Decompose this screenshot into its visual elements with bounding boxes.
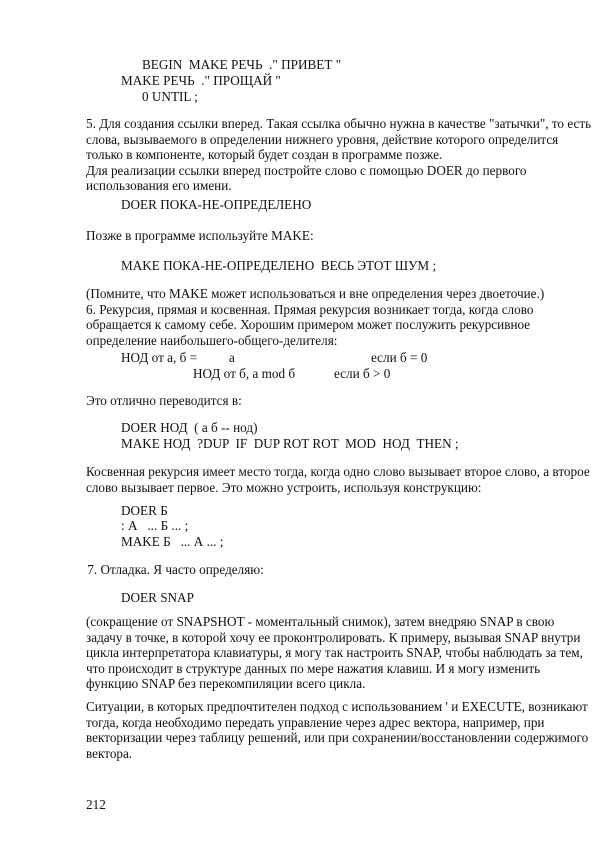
text-line: Косвенная рекурсия имеет место тогда, ко…	[86, 464, 556, 480]
text-line: Ситуации, в которых предпочтителен подхо…	[86, 699, 556, 715]
text-line: (сокращение от SNAPSHOT - моментальный с…	[86, 614, 556, 630]
text-line: 7. Отладка. Я часто определяю:	[84, 562, 264, 577]
code-line: BEGIN MAKE РЕЧЬ ." ПРИВЕТ "	[142, 57, 341, 73]
text-line: слово вызывает первое. Это можно устроит…	[86, 480, 556, 496]
code-line: 0 UNTIL ;	[142, 89, 198, 105]
text-line: что происходит в структуре данных по мер…	[86, 661, 556, 677]
text-line: 5. Для создания ссылки вперед. Такая ссы…	[86, 116, 556, 132]
text-line: Это отлично переводится в:	[86, 393, 242, 408]
text-line: вектора.	[86, 746, 556, 762]
code-line: DOER ПОКА-НЕ-ОПРЕДЕЛЕНО	[121, 197, 311, 213]
paragraph-situations: Ситуации, в которых предпочтителен подхо…	[86, 699, 556, 761]
text-line: задачу в точке, в которой хочу ее прокон…	[86, 630, 556, 646]
code-line: DOER НОД ( а б -- нод)	[121, 420, 257, 436]
text-line: 6. Рекурсия, прямая и косвенная. Прямая …	[86, 302, 556, 318]
code-line: : А ... Б ... ;	[121, 518, 188, 534]
code-line: DOER SNAP	[121, 590, 194, 606]
text-line: только в компоненте, который будет созда…	[86, 147, 556, 163]
paragraph-item-6: (Помните, что MAKE может использоваться …	[86, 286, 556, 348]
formula-case1-value: а	[229, 350, 235, 366]
text-line: слова, вызываемого в определении нижнего…	[86, 132, 556, 148]
paragraph-indirect-recursion: Косвенная рекурсия имеет место тогда, ко…	[86, 464, 556, 495]
code-line: MAKE РЕЧЬ ." ПРОЩАЙ "	[121, 73, 281, 89]
page-number: 212	[86, 797, 106, 812]
text-line: функцию SNAP без перекомпиляции всего ци…	[86, 676, 556, 692]
formula-lhs: НОД от а, б =	[121, 350, 197, 366]
code-line: DOER Б	[121, 503, 168, 519]
text-line: цикла интерпретатора клавиатуры, я могу …	[86, 645, 556, 661]
text-line: векторизации через таблицу решений, или …	[86, 730, 556, 746]
paragraph-snap: (сокращение от SNAPSHOT - моментальный с…	[86, 614, 556, 692]
text-line: использования его имени.	[86, 178, 556, 194]
paragraph-item-5: 5. Для создания ссылки вперед. Такая ссы…	[86, 116, 556, 194]
code-line: MAKE Б ... А ... ;	[121, 534, 223, 550]
text-line: Для реализации ссылки вперед постройте с…	[86, 163, 556, 179]
code-line: MAKE НОД ?DUP IF DUP ROT ROT MOD НОД THE…	[121, 436, 459, 452]
text-line: (Помните, что MAKE может использоваться …	[86, 286, 556, 302]
formula-case2-cond: если б > 0	[334, 366, 390, 382]
formula-case2-value: НОД от б, а mod б	[193, 366, 295, 382]
formula-case1-cond: если б = 0	[371, 350, 427, 366]
text-line: обращается к самому себе. Хорошим пример…	[86, 317, 556, 333]
text-line: тогда, когда необходимо передать управле…	[86, 715, 556, 731]
text-line: Позже в программе используйте MAKE:	[86, 228, 314, 243]
text-line: определение наибольшего-общего-делителя:	[86, 333, 556, 349]
code-line: MAKE ПОКА-НЕ-ОПРЕДЕЛЕНО ВЕСЬ ЭТОТ ШУМ ;	[121, 258, 436, 274]
